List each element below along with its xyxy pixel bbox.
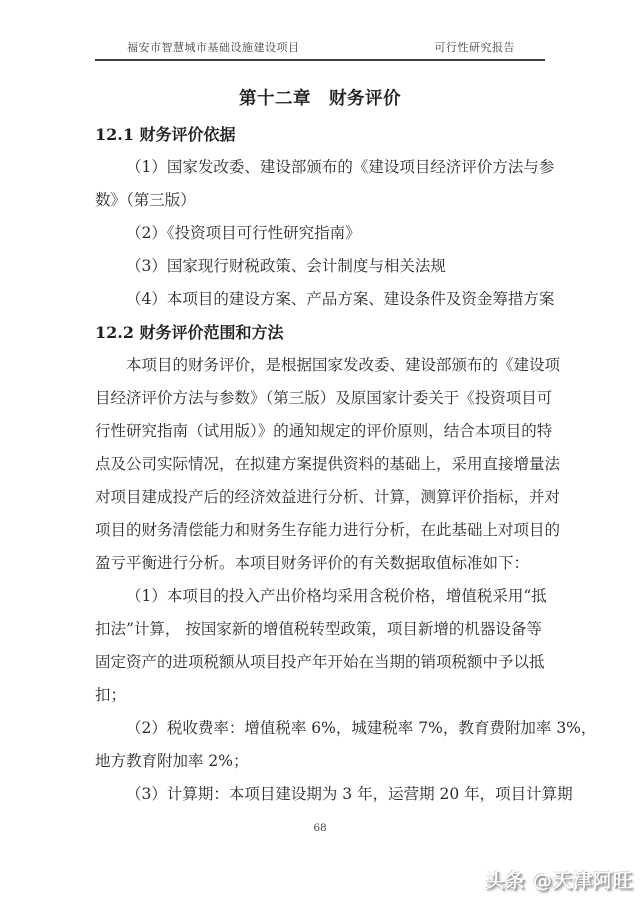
document-page: 福安市智慧城市基础设施建设项目 可行性研究报告 第十二章 财务评价 12.1 财… [0, 0, 640, 905]
body-line: 项目的财务清偿能力和财务生存能力进行分析，在此基础上对项目的 [95, 514, 545, 547]
header-project-name: 福安市智慧城市基础设施建设项目 [127, 41, 300, 54]
body-line: （1）国家发改委、建设部颁布的《建设项目经济评价方法与参 [95, 151, 545, 184]
body-line: （2）《投资项目可行性研究指南》 [95, 217, 545, 250]
body-line: 固定资产的进项税额从项目投产年开始在当期的销项税额中予以抵 [95, 646, 545, 679]
page-content: 福安市智慧城市基础设施建设项目 可行性研究报告 第十二章 财务评价 12.1 财… [95, 0, 545, 811]
body-line: 目经济评价方法与参数》（第三版）及原国家计委关于《投资项目可 [95, 382, 545, 415]
body-line: 地方教育附加率 2%； [95, 745, 545, 778]
toutiao-watermark: 头条 @天津阿旺 [485, 866, 633, 893]
body-line: 盈亏平衡进行分析。本项目财务评价的有关数据取值标准如下： [95, 547, 545, 580]
header-rule [95, 59, 545, 61]
body-line: 行性研究指南（试用版）》的通知规定的评价原则，结合本项目的特 [95, 415, 545, 448]
section-heading-12-1: 12.1 财务评价依据 [95, 118, 545, 151]
page-number: 68 [0, 822, 640, 834]
body-line: 对项目建成投产后的经济效益进行分析、计算，测算评价指标，并对 [95, 481, 545, 514]
body-line: 数》（第三版） [95, 184, 545, 217]
body-line: （3）国家现行财税政策、会计制度与相关法规 [95, 250, 545, 283]
body-line: （3）计算期：本项目建设期为 3 年，运营期 20 年，项目计算期 [95, 778, 545, 811]
page-header: 福安市智慧城市基础设施建设项目 可行性研究报告 [95, 0, 545, 59]
body-line: （1）本项目的投入产出价格均采用含税价格，增值税采用“抵 [95, 580, 545, 613]
body-line: （2）税收费率：增值税率 6%，城建税率 7%，教育费附加率 3%， [95, 712, 545, 745]
body-line: 本项目的财务评价，是根据国家发改委、建设部颁布的《建设项 [95, 349, 545, 382]
section-heading-12-2: 12.2 财务评价范围和方法 [95, 316, 545, 349]
body-line: 扣法”计算， 按国家新的增值税转型政策，项目新增的机器设备等 [95, 613, 545, 646]
chapter-title: 第十二章 财务评价 [95, 87, 545, 112]
header-report-type: 可行性研究报告 [435, 41, 516, 54]
body-line: 扣； [95, 679, 545, 712]
body-line: （4）本项目的建设方案、产品方案、建设条件及资金筹措方案 [95, 283, 545, 316]
body-line: 点及公司实际情况，在拟建方案提供资料的基础上，采用直接增量法 [95, 448, 545, 481]
